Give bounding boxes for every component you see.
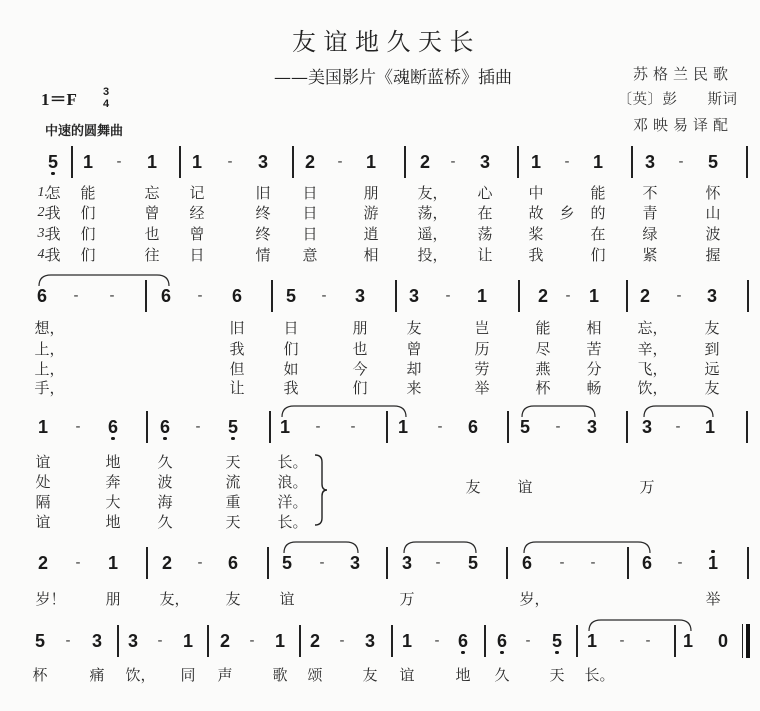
staff-system-5: 5-33-12-12-31-66-51--10杯痛饮，同声歌颂友谊地久天长。 [0, 0, 760, 711]
slur-arc [589, 620, 691, 631]
sheet-music-page: 友谊地久天长 ——美国影片《魂断蓝桥》插曲 苏格兰民歌 〔英〕彭 斯词 邓映易译… [0, 0, 760, 711]
slur-layer [0, 0, 760, 711]
